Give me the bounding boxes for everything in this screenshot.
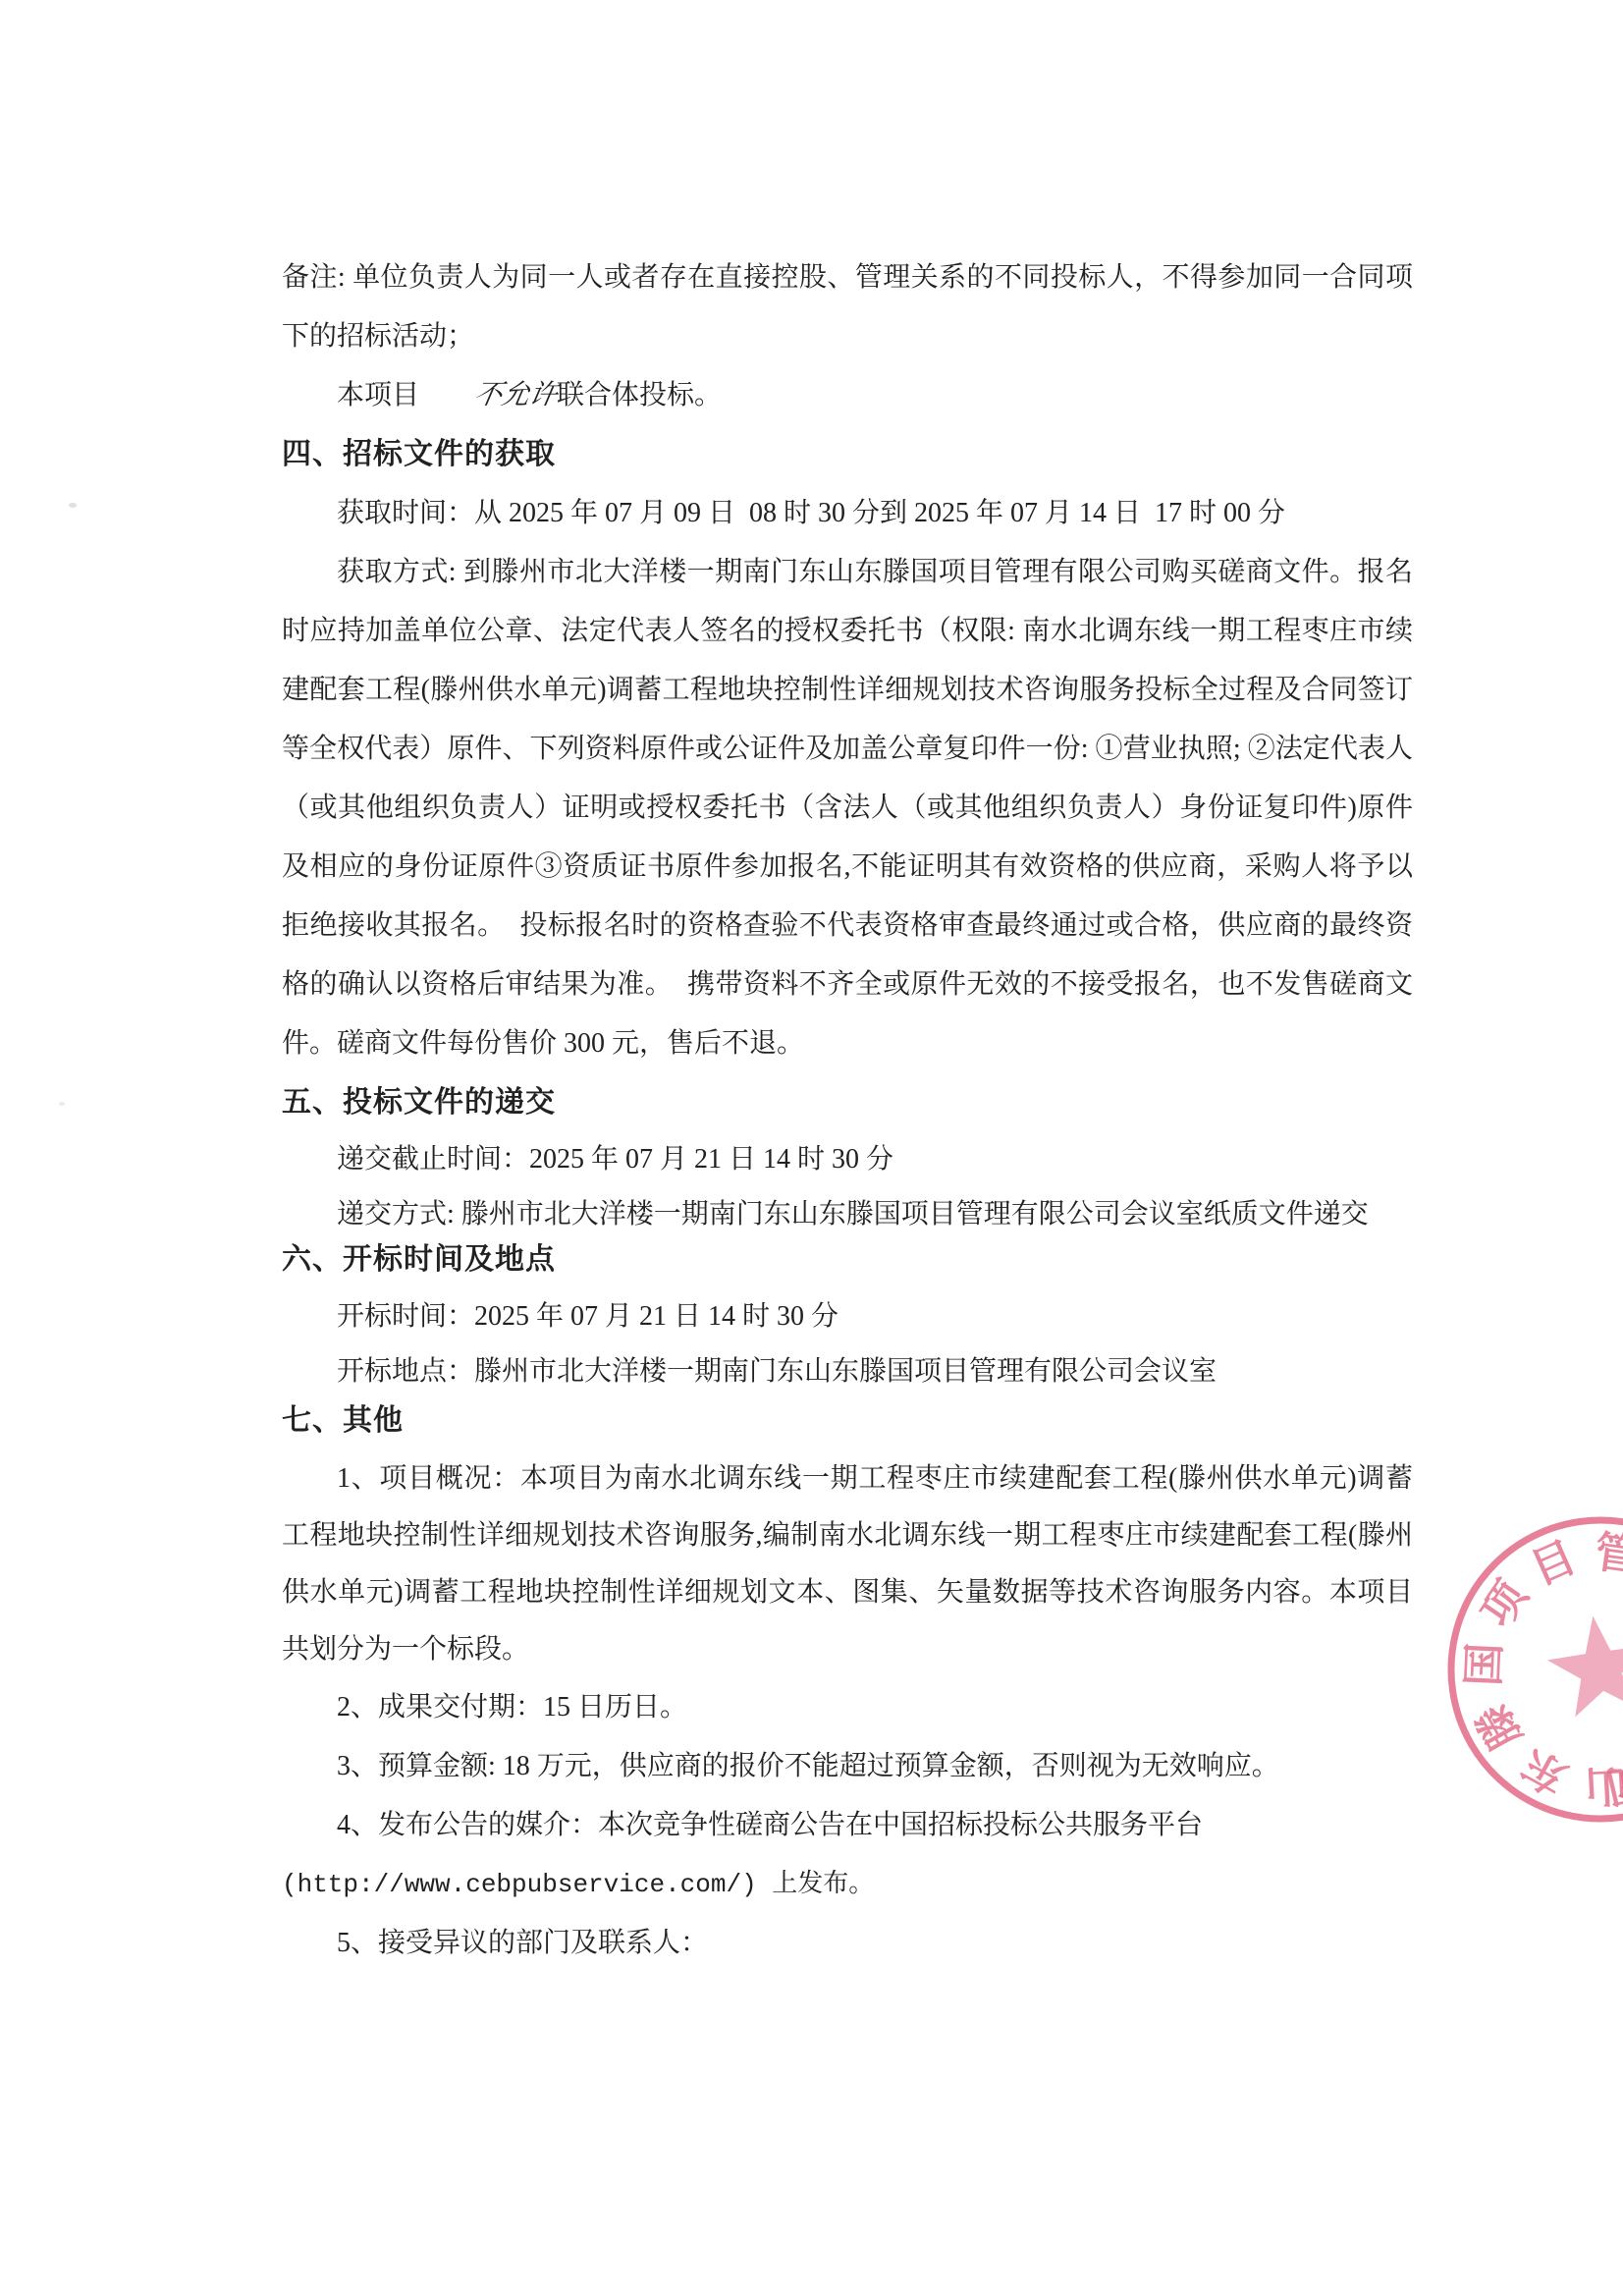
section-heading-5: 五、投标文件的递交 — [282, 1073, 1413, 1132]
seal-star-icon — [1542, 1609, 1623, 1720]
bid-opening-time-paragraph: 开标时间：2025 年 07 月 21 日 14 时 30 分 — [282, 1289, 1413, 1344]
section-heading-4: 四、招标文件的获取 — [282, 425, 1413, 484]
company-seal-stamp: 山东滕国项目管理有限公司 — [1404, 1473, 1623, 1866]
note-paragraph: 备注: 单位负责人为同一人或者存在直接控股、管理关系的不同投标人，不得参加同一合… — [282, 248, 1413, 366]
svg-text:山: 山 — [1584, 1760, 1623, 1810]
seal-company-text: 山东滕国项目管理有限公司 — [1440, 1510, 1623, 1829]
svg-text:司: 司 — [1600, 1754, 1623, 1811]
svg-text:管: 管 — [1592, 1528, 1623, 1582]
svg-text:目: 目 — [1524, 1533, 1583, 1595]
budget-paragraph: 3、预算金额: 18 万元，供应商的报价不能超过预算金额，否则视为无效响应。 — [282, 1737, 1413, 1796]
document-body: 备注: 单位负责人为同一人或者存在直接控股、管理关系的不同投标人，不得参加同一合… — [282, 248, 1413, 1973]
svg-text:国: 国 — [1460, 1642, 1510, 1687]
scan-speck — [69, 503, 77, 508]
project-overview-paragraph: 1、项目概况：本项目为南水北调东线一期工程枣庄市续建配套工程(滕州供水单元)调蓄… — [282, 1450, 1413, 1678]
announcement-url-line: (http://www.cebpubservice.com/) 上发布。 — [282, 1855, 1413, 1914]
joint-bid-paragraph: 本项目不允许联合体投标。 — [282, 366, 1413, 425]
svg-text:东: 东 — [1514, 1739, 1575, 1802]
obtain-time-paragraph: 获取时间：从 2025 年 07 月 09 日 08 时 30 分到 2025 … — [282, 484, 1413, 543]
joint-bid-emphasis: 不允许 — [414, 366, 563, 425]
joint-bid-suffix: 联合体投标。 — [557, 380, 722, 410]
delivery-period-paragraph: 2、成果交付期：15 日历日。 — [282, 1678, 1413, 1737]
obtain-method-paragraph: 获取方式: 到滕州市北大洋楼一期南门东山东滕国项目管理有限公司购买磋商文件。报名… — [282, 543, 1413, 1073]
seal-ring — [1432, 1501, 1623, 1837]
announcement-media-paragraph: 4、发布公告的媒介：本次竞争性磋商公告在中国招标投标公共服务平台 — [282, 1796, 1413, 1855]
company-seal-graphic: 山东滕国项目管理有限公司 — [1404, 1473, 1623, 1866]
section-heading-7: 七、其他 — [282, 1392, 1413, 1450]
scan-speck — [59, 1102, 65, 1106]
svg-text:项: 项 — [1473, 1572, 1538, 1636]
joint-bid-prefix: 本项目 — [337, 380, 419, 410]
svg-text:滕: 滕 — [1468, 1696, 1531, 1757]
document-page: 备注: 单位负责人为同一人或者存在直接控股、管理关系的不同投标人，不得参加同一合… — [0, 0, 1623, 2296]
objection-contact-paragraph: 5、接受异议的部门及联系人： — [282, 1914, 1413, 1973]
submission-deadline-paragraph: 递交截止时间：2025 年 07 月 21 日 14 时 30 分 — [282, 1132, 1413, 1187]
